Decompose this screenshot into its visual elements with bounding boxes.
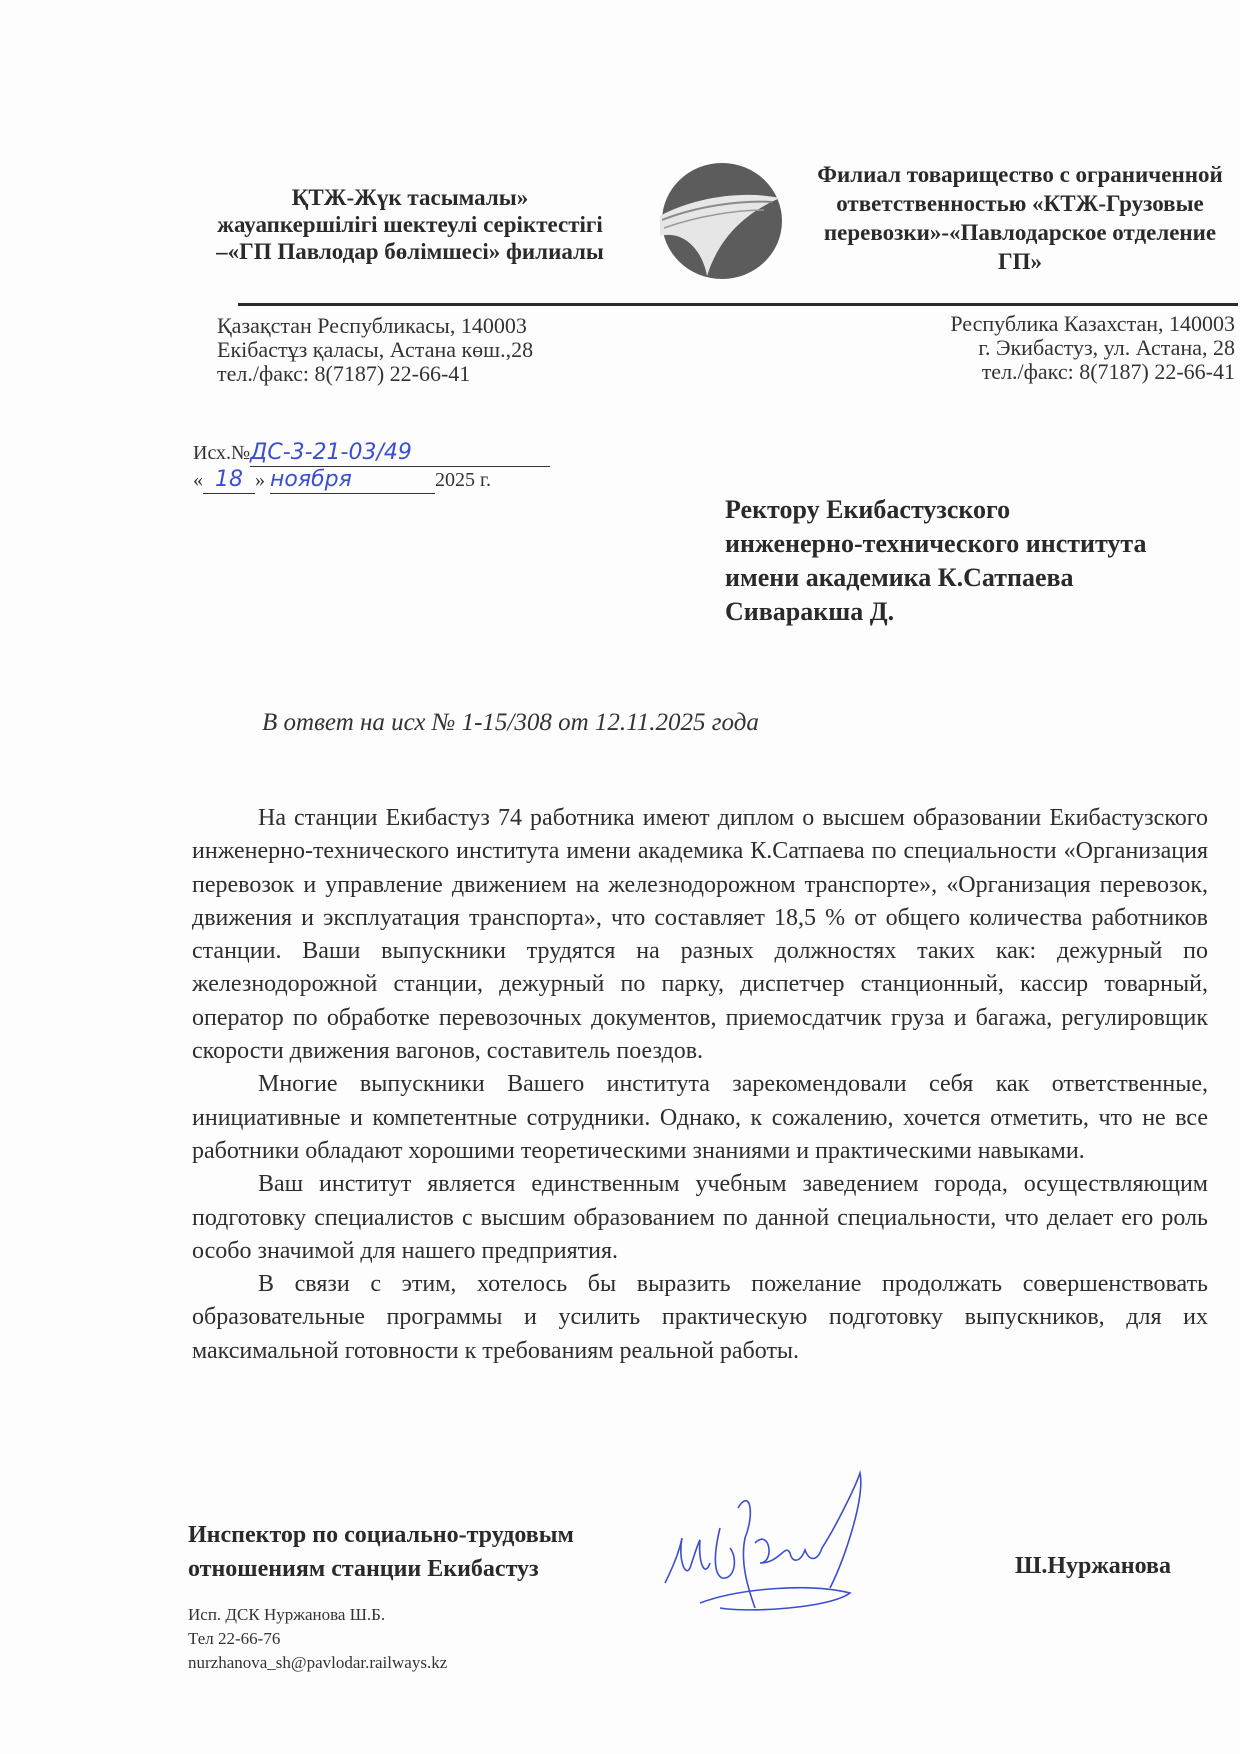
handwritten-signature-icon <box>660 1468 890 1618</box>
addressee-line-4: Сиваракша Д. <box>725 595 1147 629</box>
left-address-line-3: тел./факс: 8(7187) 22-66-41 <box>217 362 533 386</box>
addressee-line-3: имени академика К.Сатпаева <box>725 561 1147 595</box>
header-divider <box>238 303 1238 306</box>
date-close-quote: » <box>255 469 265 491</box>
reply-reference: В ответ на исх № 1-15/308 от 12.11.2025 … <box>262 709 759 737</box>
right-address-line-2: г. Экибастуз, ул. Астана, 28 <box>950 336 1235 360</box>
left-org-line-3: –«ГП Павлодар бөлімшесі» филиалы <box>190 238 630 265</box>
signatory-title: Инспектор по социально-трудовым отношени… <box>188 1518 574 1586</box>
date-month-value: ноября <box>270 467 352 492</box>
outgoing-reference: Исх.№ДС-3-21-03/49 «18» ноября2025 г. <box>193 440 550 494</box>
addressee-line-1: Ректору Екибастузского <box>725 493 1147 527</box>
body-paragraph-4: В связи с этим, хотелось бы выразить пож… <box>192 1268 1208 1368</box>
date-day-field: 18 <box>203 467 255 494</box>
signatory-title-line-2: отношениям станции Екибастуз <box>188 1552 574 1586</box>
date-open-quote: « <box>193 469 203 491</box>
executor-block: Исп. ДСК Нуржанова Ш.Б. Тел 22-66-76 nur… <box>188 1603 447 1675</box>
addressee-line-2: инженерно-технического института <box>725 527 1147 561</box>
right-org-line-1: Филиал товарищество с ограниченной <box>800 160 1240 189</box>
left-address-line-2: Екібастұз қаласы, Астана көш.,28 <box>217 338 533 362</box>
letter-body: На станции Екибастуз 74 работника имеют … <box>192 802 1208 1368</box>
header-left-organization: ҚТЖ-Жүк тасымалы» жауапкершілігі шектеул… <box>190 184 630 265</box>
signatory-title-line-1: Инспектор по социально-трудовым <box>188 1518 574 1552</box>
outgoing-number-field: ДС-3-21-03/49 <box>250 440 550 467</box>
left-address-block: Қазақстан Республикасы, 140003 Екібастұз… <box>217 314 533 386</box>
addressee-block: Ректору Екибастузского инженерно-техниче… <box>725 493 1147 629</box>
right-org-line-2: ответственностью «КТЖ-Грузовые <box>800 189 1240 218</box>
right-address-line-1: Республика Казахстан, 140003 <box>950 312 1235 336</box>
right-org-line-4: ГП» <box>800 247 1240 276</box>
outgoing-number-value: ДС-3-21-03/49 <box>250 440 412 465</box>
body-paragraph-3: Ваш институт является единственным учебн… <box>192 1168 1208 1268</box>
outgoing-date-row: «18» ноября2025 г. <box>193 467 550 494</box>
signatory-name: Ш.Нуржанова <box>1015 1553 1171 1580</box>
left-address-line-1: Қазақстан Республикасы, 140003 <box>217 314 533 338</box>
date-day-value: 18 <box>215 467 243 492</box>
date-year: 2025 г. <box>435 469 491 491</box>
right-address-block: Республика Казахстан, 140003 г. Экибасту… <box>950 312 1235 384</box>
header-right-organization: Филиал товарищество с ограниченной ответ… <box>800 160 1240 276</box>
body-paragraph-1: На станции Екибастуз 74 работника имеют … <box>192 802 1208 1068</box>
executor-phone: Тел 22-66-76 <box>188 1627 447 1651</box>
date-month-field: ноября <box>270 467 435 494</box>
left-org-line-1: ҚТЖ-Жүк тасымалы» <box>190 184 630 211</box>
body-paragraph-2: Многие выпускники Вашего института зарек… <box>192 1068 1208 1168</box>
executor-email[interactable]: nurzhanova_sh@pavlodar.railways.kz <box>188 1651 447 1675</box>
right-org-line-3: перевозки»-«Павлодарское отделение <box>800 218 1240 247</box>
right-address-line-3: тел./факс: 8(7187) 22-66-41 <box>950 360 1235 384</box>
executor-name: Исп. ДСК Нуржанова Ш.Б. <box>188 1603 447 1627</box>
left-org-line-2: жауапкершілігі шектеулі серіктестігі <box>190 211 630 238</box>
ktzh-logo-icon <box>652 158 787 283</box>
outgoing-number-label: Исх.№ <box>193 442 250 464</box>
outgoing-number-row: Исх.№ДС-3-21-03/49 <box>193 440 550 467</box>
